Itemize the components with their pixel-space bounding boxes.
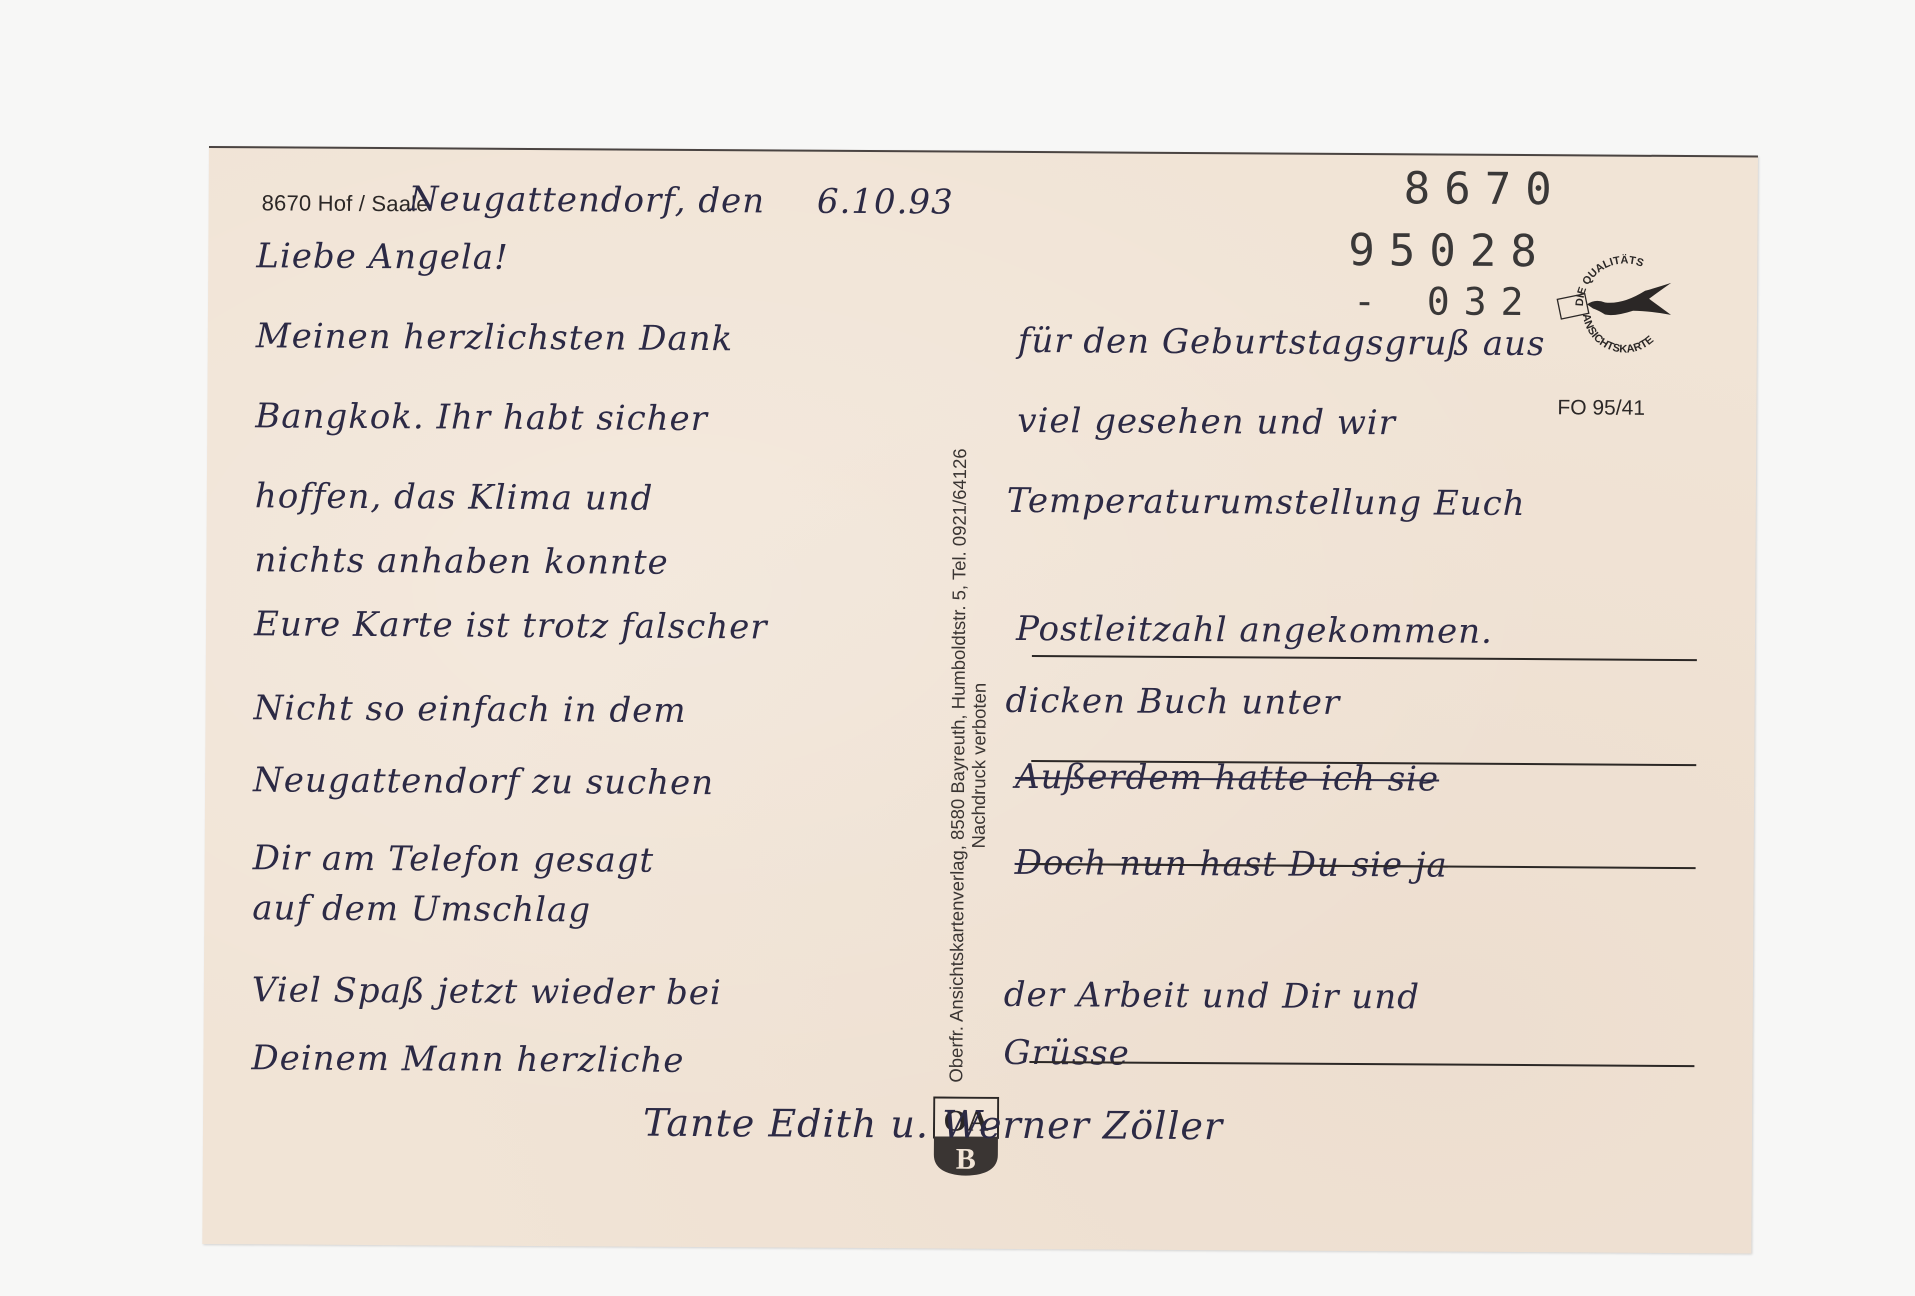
svg-text:ANSICHTSKARTE: ANSICHTSKARTE: [1580, 313, 1657, 355]
body-left-line-5: Eure Karte ist trotz falscher: [254, 604, 768, 647]
body-left-line-4: nichts anhaben konnte: [254, 540, 668, 583]
zip-line-3: - 032: [1353, 279, 1538, 324]
zip-line-2: 95028: [1348, 225, 1551, 277]
zip-line-1: 8670: [1404, 163, 1566, 215]
body-left-line-2: Bangkok. Ihr habt sicher: [255, 396, 708, 439]
publisher-imprint: Oberfr. Ansichtskartenverlag, 8580 Bayre…: [945, 448, 991, 1082]
postcard: 8670 Hof / Saale Neugattendorf, den 6.10…: [202, 146, 1758, 1253]
printed-place: 8670 Hof / Saale: [262, 190, 429, 217]
body-right-line-2: viel gesehen und wir: [1017, 401, 1396, 443]
catalog-code: FO 95/41: [1557, 396, 1645, 421]
body-left-line-10: Viel Spaß jetzt wieder bei: [252, 970, 722, 1013]
body-right-line-11: Grüsse: [1003, 1033, 1130, 1074]
body-left-line-7: Neugattendorf zu suchen: [253, 760, 714, 803]
signature: Tante Edith u. Werner Zöller: [643, 1101, 1223, 1149]
salutation: Liebe Angela!: [256, 236, 509, 278]
body-left-line-9: auf dem Umschlag: [252, 888, 591, 930]
body-right-line-1: für den Geburtstagsgruß aus: [1018, 321, 1546, 364]
body-right-line-3: Temperaturumstellung Euch: [1007, 481, 1526, 524]
handwritten-date: 6.10.93: [817, 182, 954, 223]
body-left-line-8: Dir am Telefon gesagt: [253, 838, 655, 880]
svg-text:B: B: [956, 1143, 976, 1176]
body-left-line-1: Meinen herzlichsten Dank: [256, 316, 734, 359]
body-left-line-3: hoffen, das Klima und: [255, 476, 654, 518]
body-right-line-6: dicken Buch unter: [1006, 681, 1341, 723]
body-right-line-10: der Arbeit und Dir und: [1004, 975, 1420, 1018]
body-left-line-11: Deinem Mann herzliche: [251, 1038, 684, 1081]
body-left-line-6: Nicht so einfach in dem: [253, 688, 686, 731]
quality-badge-icon: DIE QUALITÄTS ANSICHTSKARTE: [1553, 244, 1679, 355]
handwritten-place-header: Neugattendorf, den 6.10.93: [409, 179, 954, 222]
body-right-line-5: Postleitzahl angekommen.: [1016, 609, 1493, 652]
address-line-1: [1032, 655, 1697, 661]
